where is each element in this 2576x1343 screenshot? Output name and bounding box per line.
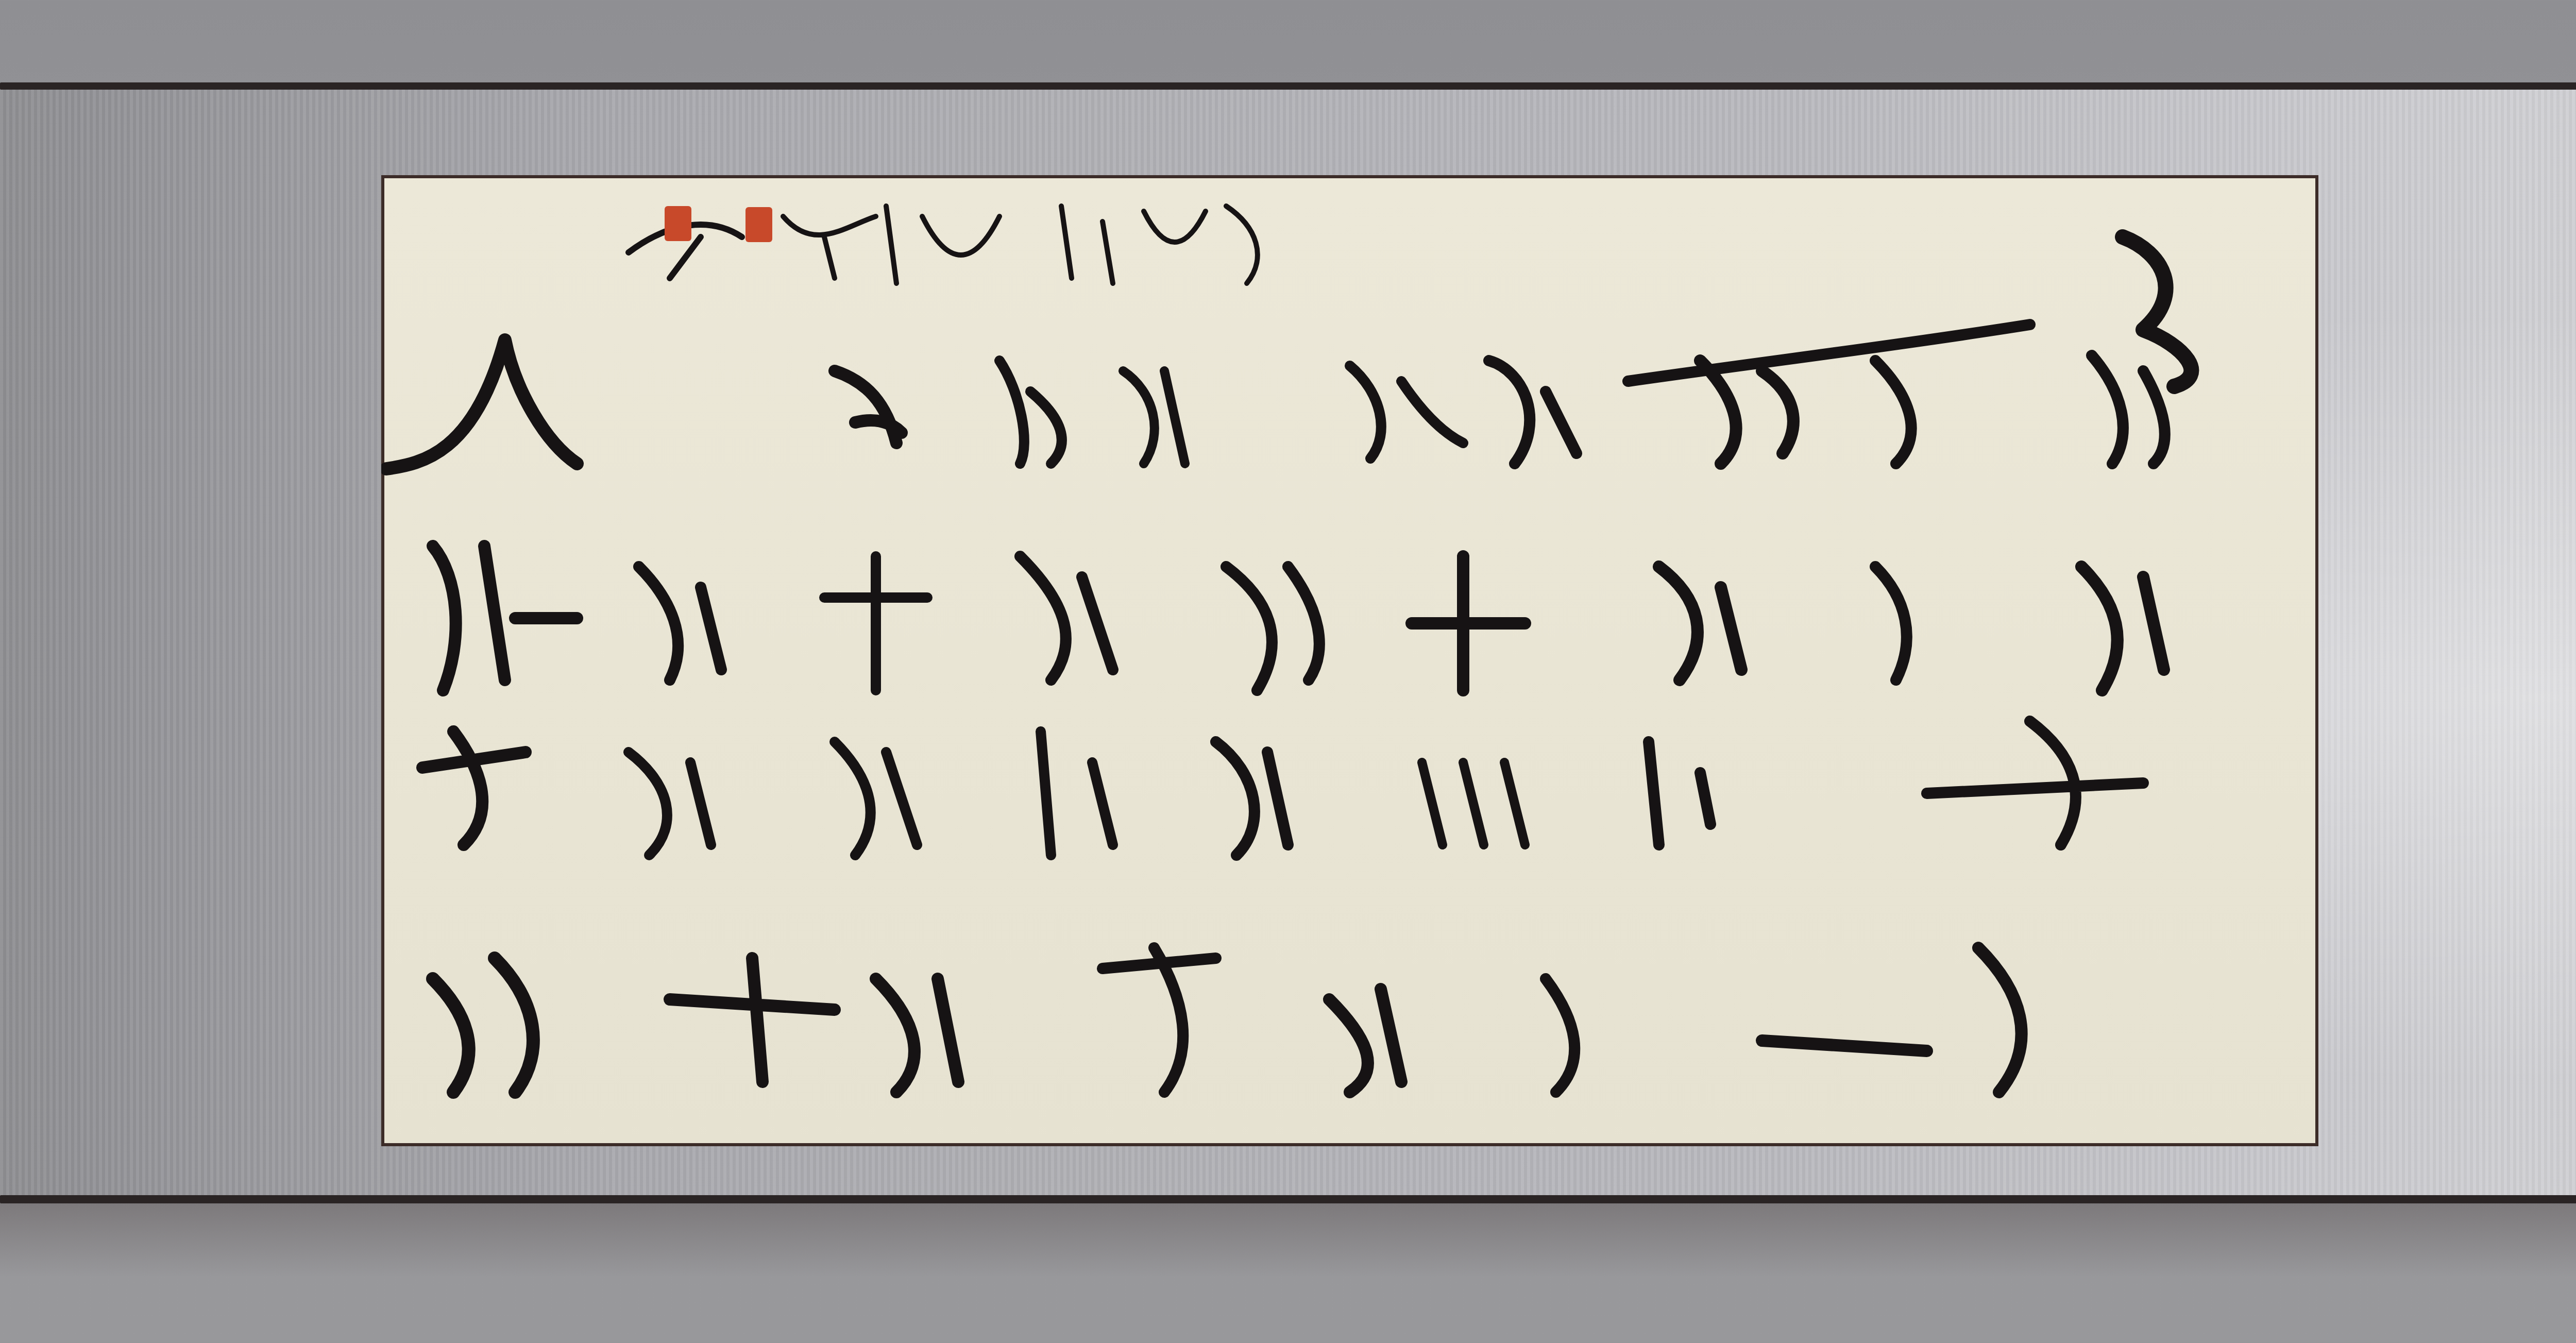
calligraphy-ink <box>381 175 2318 1146</box>
red-seal-1 <box>665 206 691 241</box>
scroll-shadow <box>0 1200 2576 1278</box>
bottom-rod <box>0 1195 2576 1203</box>
top-rod <box>0 82 2576 90</box>
red-seal-2 <box>745 207 772 242</box>
